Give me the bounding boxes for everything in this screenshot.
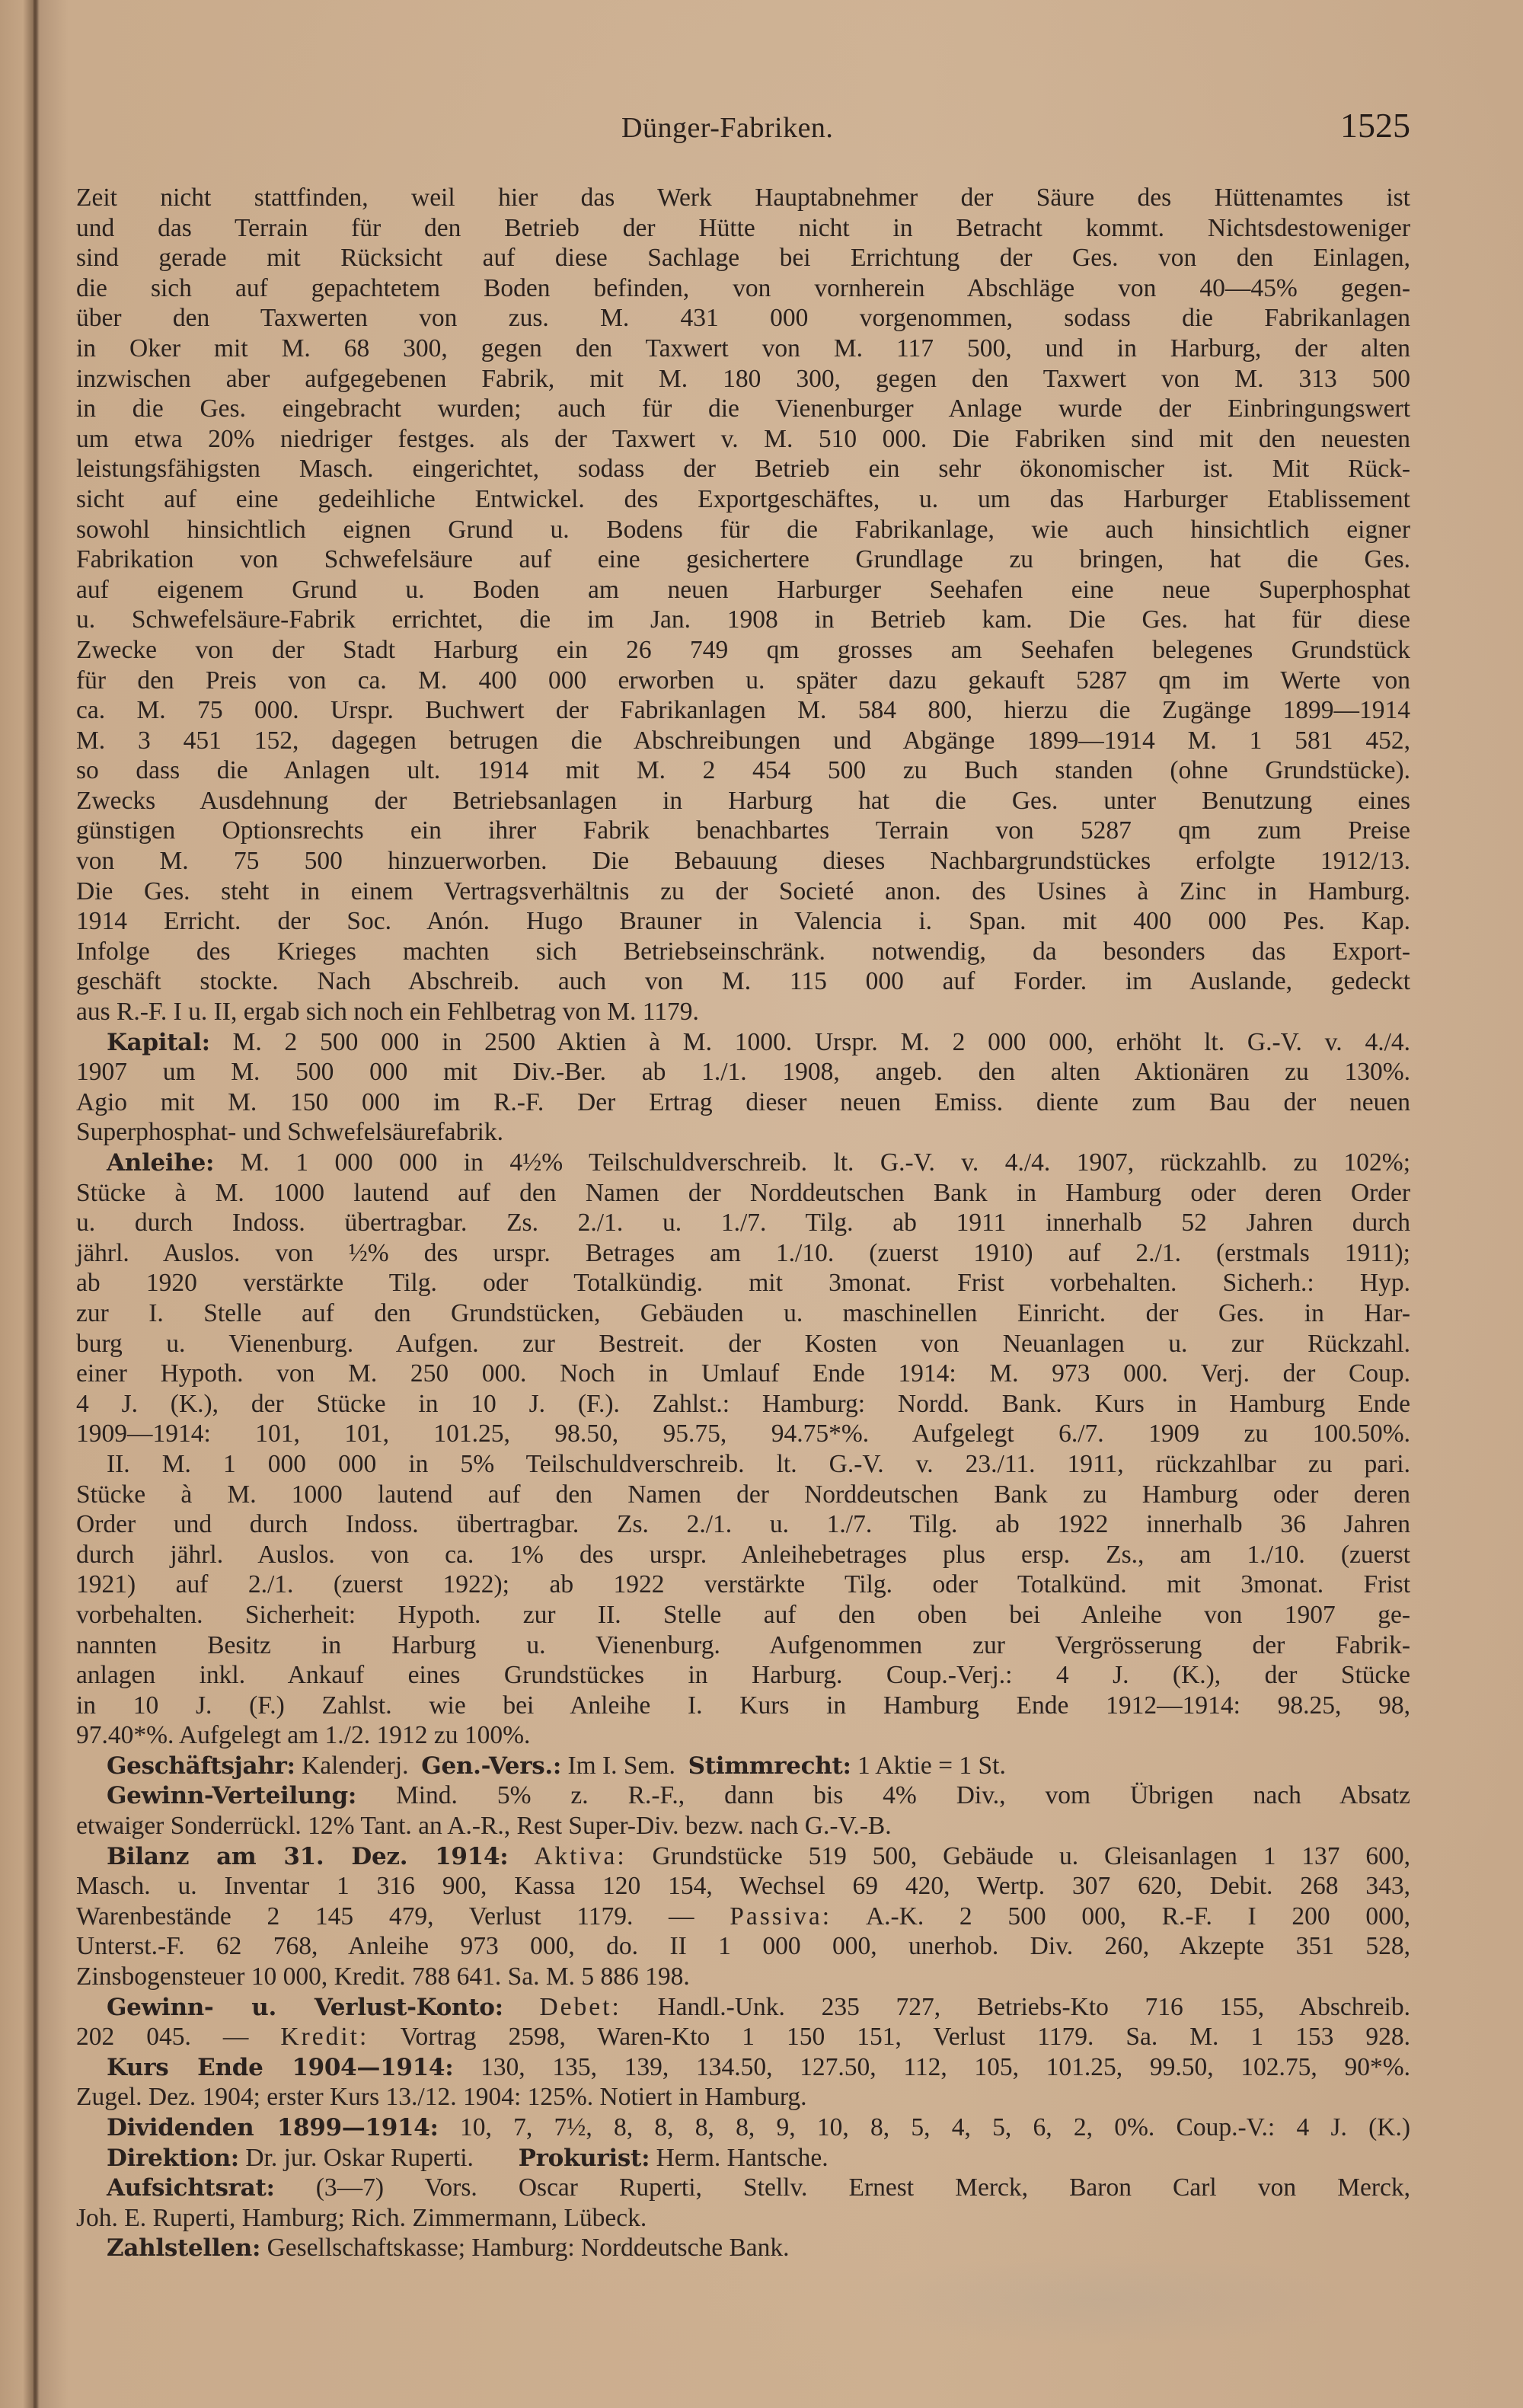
- text-line: jährl. Auslos. von ½% des urspr. Betrage…: [76, 1238, 1410, 1269]
- text-line: aus R.-F. I u. II, ergab sich noch ein F…: [76, 997, 1410, 1027]
- text-line: so dass die Anlagen ult. 1914 mit M. 2 4…: [76, 755, 1410, 786]
- section-label: Direktion:: [107, 2145, 239, 2172]
- text-line: ab 1920 verstärkte Tilg. oder Totalkündi…: [76, 1268, 1410, 1298]
- text-line: Direktion: Dr. jur. Oskar Ruperti. Proku…: [76, 2143, 1410, 2173]
- section-aufsichtsrat: Aufsichtsrat: (3—7) Vors. Oscar Ruperti,…: [76, 2173, 1410, 2233]
- section-anleihe: Anleihe: M. 1 000 000 in 4½% Teilschuldv…: [76, 1148, 1410, 1449]
- body-text: Zeit nicht stattfinden, weil hier das We…: [76, 183, 1410, 2263]
- text-line: Kurs Ende 1904—1914: 130, 135, 139, 134.…: [76, 2052, 1410, 2083]
- text-line: auf eigenem Grund u. Boden am neuen Harb…: [76, 575, 1410, 605]
- section-geschaeftsjahr: Geschäftsjahr: Kalenderj. Gen.-Vers.: Im…: [76, 1751, 1410, 1781]
- passiva-label: Passiva:: [730, 1902, 832, 1931]
- section-label: Stimmrecht:: [688, 1752, 851, 1780]
- section-bilanz: Bilanz am 31. Dez. 1914: Aktiva: Grundst…: [76, 1841, 1410, 1992]
- kredit-label: Kredit:: [280, 2023, 369, 2051]
- section-label: Gen.-Vers.:: [421, 1752, 561, 1780]
- text-line: einer Hypoth. von M. 250 000. Noch in Um…: [76, 1359, 1410, 1389]
- text-line: Bilanz am 31. Dez. 1914: Aktiva: Grundst…: [76, 1841, 1410, 1872]
- text-line: Zwecks Ausdehnung der Betriebsanlagen in…: [76, 786, 1410, 816]
- text-line: Kapital: M. 2 500 000 in 2500 Aktien à M…: [76, 1027, 1410, 1058]
- text-line: Stücke à M. 1000 lautend auf den Namen d…: [76, 1178, 1410, 1209]
- text-line: 1909—1914: 101, 101, 101.25, 98.50, 95.7…: [76, 1419, 1410, 1449]
- text-line: ca. M. 75 000. Urspr. Buchwert der Fabri…: [76, 695, 1410, 726]
- text-line: Order und durch Indoss. übertragbar. Zs.…: [76, 1509, 1410, 1540]
- text-line: Infolge des Krieges machten sich Betrieb…: [76, 937, 1410, 967]
- text-line: Zugel. Dez. 1904; erster Kurs 13./12. 19…: [76, 2082, 1410, 2113]
- text-line: für den Preis von ca. M. 400 000 erworbe…: [76, 666, 1410, 696]
- section-label: Geschäftsjahr:: [107, 1752, 295, 1780]
- text-line: in die Ges. eingebracht wurden; auch für…: [76, 394, 1410, 424]
- text-line: und das Terrain für den Betrieb der Hütt…: [76, 213, 1410, 244]
- text-line: in Oker mit M. 68 300, gegen den Taxwert…: [76, 334, 1410, 364]
- section-label: Aufsichtsrat:: [107, 2174, 275, 2202]
- section-gewinn-verteilung: Gewinn-Verteilung: Mind. 5% z. R.-F., da…: [76, 1780, 1410, 1841]
- text-line: sicht auf eine gedeihliche Entwickel. de…: [76, 484, 1410, 515]
- section-label: Kurs Ende 1904—1914:: [107, 2054, 453, 2081]
- section-label: Kapital:: [107, 1029, 210, 1056]
- text-line: 1921) auf 2./1. (zuerst 1922); ab 1922 v…: [76, 1570, 1410, 1600]
- text-line: um etwa 20% niedriger festges. als der T…: [76, 424, 1410, 455]
- section-label: Gewinn-Verteilung:: [107, 1782, 356, 1809]
- page-number: 1525: [1340, 105, 1410, 145]
- text-line: nannten Besitz in Harburg u. Vienenburg.…: [76, 1630, 1410, 1661]
- text-line: 4 J. (K.), der Stücke in 10 J. (F.). Zah…: [76, 1389, 1410, 1420]
- section-label: Gewinn- u. Verlust-Konto:: [107, 1994, 503, 2021]
- text-line: vorbehalten. Sicherheit: Hypoth. zur II.…: [76, 1600, 1410, 1630]
- text-line: zur I. Stelle auf den Grundstücken, Gebä…: [76, 1298, 1410, 1329]
- running-head: Dünger-Fabriken. 1525: [76, 105, 1410, 151]
- text-line: 1914 Erricht. der Soc. Anón. Hugo Braune…: [76, 906, 1410, 937]
- text-line: von M. 75 500 hinzuerworben. Die Bebauun…: [76, 846, 1410, 877]
- text-line: Die Ges. steht in einem Vertragsverhältn…: [76, 877, 1410, 907]
- show-through-text: [838, 2254, 1371, 2346]
- text-line: II. M. 1 000 000 in 5% Teilschuldverschr…: [76, 1449, 1410, 1480]
- section-gewinn-verlust: Gewinn- u. Verlust-Konto: Debet: Handl.-…: [76, 1992, 1410, 2052]
- book-binding-edge: [34, 0, 38, 2408]
- text-line: Zinsbogensteuer 10 000, Kredit. 788 641.…: [76, 1962, 1410, 1992]
- section-label: Zahlstellen:: [107, 2234, 260, 2262]
- text-line: Dividenden 1899—1914: 10, 7, 7½, 8, 8, 8…: [76, 2113, 1410, 2143]
- text-line: Aufsichtsrat: (3—7) Vors. Oscar Ruperti,…: [76, 2173, 1410, 2203]
- text-line: Superphosphat- und Schwefelsäurefabrik.: [76, 1117, 1410, 1148]
- text-line: Warenbestände 2 145 479, Verlust 1179. —…: [76, 1902, 1410, 1932]
- text-line: Gewinn- u. Verlust-Konto: Debet: Handl.-…: [76, 1992, 1410, 2023]
- debet-label: Debet:: [539, 1993, 621, 2021]
- text-line: anlagen inkl. Ankauf eines Grundstückes …: [76, 1660, 1410, 1691]
- text-line: sind gerade mit Rücksicht auf diese Sach…: [76, 243, 1410, 273]
- intro-paragraph: Zeit nicht stattfinden, weil hier das We…: [76, 183, 1410, 1027]
- text-line: in 10 J. (F.) Zahlst. wie bei Anleihe I.…: [76, 1691, 1410, 1721]
- text-line: etwaiger Sonderrückl. 12% Tant. an A.-R.…: [76, 1811, 1410, 1841]
- text-line: M. 3 451 152, dagegen betrugen die Absch…: [76, 726, 1410, 756]
- text-line: Agio mit M. 150 000 im R.-F. Der Ertrag …: [76, 1087, 1410, 1118]
- text-line: u. durch Indoss. übertragbar. Zs. 2./1. …: [76, 1208, 1410, 1238]
- section-label: Anleihe:: [107, 1149, 214, 1177]
- text-line: Gewinn-Verteilung: Mind. 5% z. R.-F., da…: [76, 1780, 1410, 1811]
- text-line: 1907 um M. 500 000 mit Div.-Ber. ab 1./1…: [76, 1057, 1410, 1087]
- text-line: Stücke à M. 1000 lautend auf den Namen d…: [76, 1480, 1410, 1510]
- text-line: Anleihe: M. 1 000 000 in 4½% Teilschuldv…: [76, 1148, 1410, 1178]
- text-line: Unterst.-F. 62 768, Anleihe 973 000, do.…: [76, 1931, 1410, 1962]
- section-label: Bilanz am 31. Dez. 1914:: [107, 1843, 508, 1870]
- text-line: Zeit nicht stattfinden, weil hier das We…: [76, 183, 1410, 213]
- text-line: sowohl hinsichtlich eignen Grund u. Bode…: [76, 515, 1410, 545]
- running-title: Dünger-Fabriken.: [621, 111, 833, 145]
- text-line: u. Schwefelsäure-Fabrik errichtet, die i…: [76, 605, 1410, 635]
- section-anleihe-2: II. M. 1 000 000 in 5% Teilschuldverschr…: [76, 1449, 1410, 1751]
- text-line: günstigen Optionsrechts ein ihrer Fabrik…: [76, 816, 1410, 846]
- text-line: inzwischen aber aufgegebenen Fabrik, mit…: [76, 364, 1410, 394]
- section-kurs: Kurs Ende 1904—1914: 130, 135, 139, 134.…: [76, 2052, 1410, 2113]
- text-line: Joh. E. Ruperti, Hamburg; Rich. Zimmerma…: [76, 2203, 1410, 2234]
- text-line: Masch. u. Inventar 1 316 900, Kassa 120 …: [76, 1871, 1410, 1902]
- text-line: geschäft stockte. Nach Abschreib. auch v…: [76, 966, 1410, 997]
- text-line: 97.40*%. Aufgelegt am 1./2. 1912 zu 100%…: [76, 1720, 1410, 1751]
- section-label: Dividenden 1899—1914:: [107, 2114, 439, 2141]
- text-line: 202 045. — Kredit: Vortrag 2598, Waren-K…: [76, 2022, 1410, 2052]
- section-dividenden: Dividenden 1899—1914: 10, 7, 7½, 8, 8, 8…: [76, 2113, 1410, 2143]
- text-line: über den Taxwerten von zus. M. 431 000 v…: [76, 303, 1410, 334]
- text-line: Zwecke von der Stadt Harburg ein 26 749 …: [76, 635, 1410, 666]
- text-line: durch jährl. Auslos. von ca. 1% des ursp…: [76, 1540, 1410, 1570]
- section-kapital: Kapital: M. 2 500 000 in 2500 Aktien à M…: [76, 1027, 1410, 1148]
- scanned-page: Dünger-Fabriken. 1525 Zeit nicht stattfi…: [0, 0, 1523, 2408]
- section-label: Prokurist:: [519, 2145, 650, 2172]
- text-line: Geschäftsjahr: Kalenderj. Gen.-Vers.: Im…: [76, 1751, 1410, 1781]
- section-direktion: Direktion: Dr. jur. Oskar Ruperti. Proku…: [76, 2143, 1410, 2173]
- aktiva-label: Aktiva:: [534, 1842, 626, 1870]
- text-line: burg u. Vienenburg. Aufgen. zur Bestreit…: [76, 1329, 1410, 1359]
- text-line: die sich auf gepachtetem Boden befinden,…: [76, 273, 1410, 304]
- text-line: Fabrikation von Schwefelsäure auf eine g…: [76, 545, 1410, 575]
- text-line: leistungsfähigsten Masch. eingerichtet, …: [76, 454, 1410, 484]
